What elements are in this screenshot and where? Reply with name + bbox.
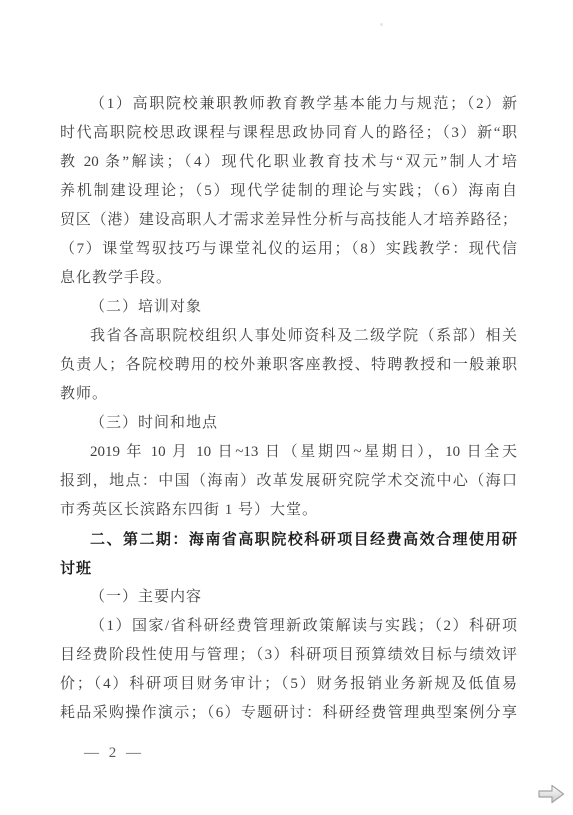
next-page-arrow-icon bbox=[536, 782, 567, 806]
period2-title-line: 讨班 bbox=[60, 554, 517, 583]
paragraph-line: 教 20 条”解读；（4）现代化职业教育技术与“双元”制人才培 bbox=[60, 148, 517, 177]
paragraph-line: 目经费阶段性使用与管理；（3）科研项目预算绩效目标与绩效评 bbox=[60, 641, 517, 670]
paragraph-line: 养机制建设理论；（5）现代学徒制的理论与实践；（6）海南自 bbox=[60, 177, 517, 206]
paragraph-line: 负责人；各院校聘用的校外兼职客座教授、特聘教授和一般兼职 bbox=[60, 351, 517, 380]
paragraph-line: （1）高职院校兼职教师教育教学基本能力与规范；（2）新 bbox=[60, 90, 517, 119]
page-number: — 2 — bbox=[84, 744, 144, 762]
period2-title-line: 二、第二期：海南省高职院校科研项目经费高效合理使用研 bbox=[60, 525, 517, 554]
paragraph-line: 市秀英区长滨路东四街 1 号）大堂。 bbox=[60, 496, 517, 525]
paragraph-line: （1）国家/省科研经费管理新政策解读与实践；（2）科研项 bbox=[60, 612, 517, 641]
scanned-document-viewer: { "page": { "footer_page_number": "— 2 —… bbox=[0, 0, 573, 815]
section-heading-time-place: （三）时间和地点 bbox=[60, 409, 517, 438]
paragraph-line: 价；（4）科研项目财务审计；（5）财务报销业务新规及低值易 bbox=[60, 670, 517, 699]
paragraph-line: 息化教学手段。 bbox=[60, 264, 517, 293]
document-content: （1）高职院校兼职教师教育教学基本能力与规范；（2）新 时代高职院校思政课程与课… bbox=[60, 90, 517, 728]
scan-noise-speck bbox=[380, 23, 383, 26]
paragraph-line: 报到，地点：中国（海南）改革发展研究院学术交流中心（海口 bbox=[60, 467, 517, 496]
paragraph-line: 我省各高职院校组织人事处师资科及二级学院（系部）相关 bbox=[60, 322, 517, 351]
paragraph-line: 时代高职院校思政课程与课程思政协同育人的路径；（3）新“职 bbox=[60, 119, 517, 148]
paragraph-line: 2019 年 10 月 10 日~13 日（星期四~星期日），10 日全天 bbox=[60, 438, 517, 467]
paragraph-line: 教师。 bbox=[60, 380, 517, 409]
section-heading-main-content: （一）主要内容 bbox=[60, 583, 517, 612]
paragraph-line: 贸区（港）建设高职人才需求差异性分析与高技能人才培养路径； bbox=[60, 206, 517, 235]
paragraph-line: （7）课堂驾驭技巧与课堂礼仪的运用；（8）实践教学：现代信 bbox=[60, 235, 517, 264]
paragraph-line: 耗品采购操作演示；（6）专题研讨：科研经费管理典型案例分享 bbox=[60, 699, 517, 728]
section-heading-training-target: （二）培训对象 bbox=[60, 293, 517, 322]
next-page-button[interactable] bbox=[536, 782, 567, 806]
